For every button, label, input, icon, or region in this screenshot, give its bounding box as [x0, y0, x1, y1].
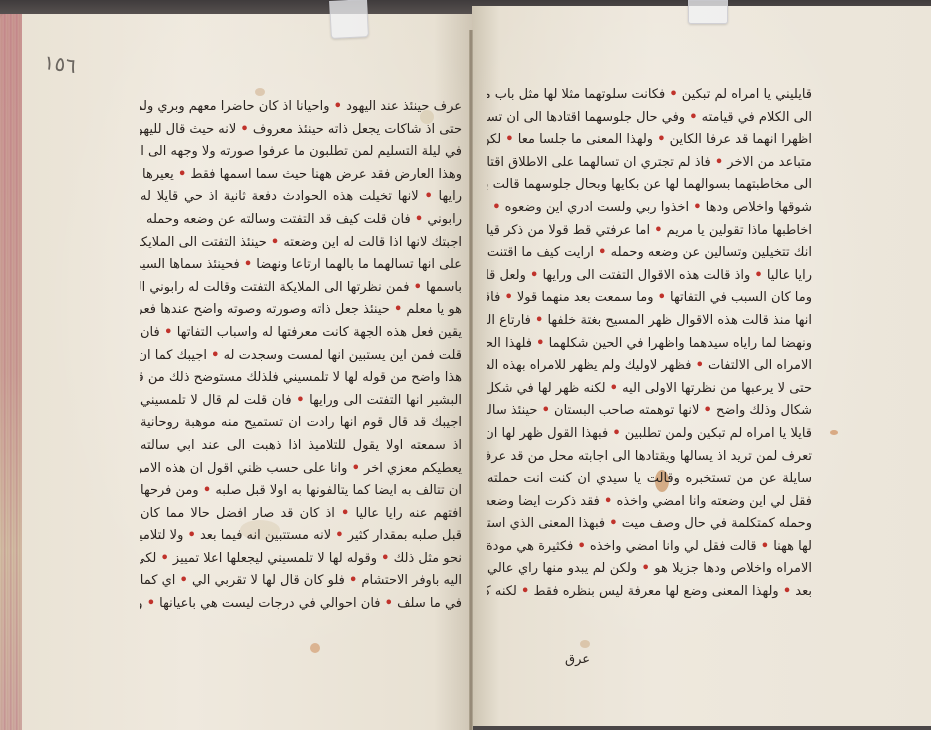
rubric-dot: • — [754, 268, 762, 283]
text-line: اذ سمعته اولا يقول للتلاميذ اذا ذهبت الى… — [140, 435, 462, 458]
rubric-dot: • — [658, 290, 666, 305]
rubric-dot: • — [612, 426, 620, 441]
text-line: اليه باوفر الاحتشام • فلو كان قال لها لا… — [140, 570, 462, 593]
text-line: حتى اذ شاكات يجعل ذاته حينئذ معروف • لان… — [140, 119, 462, 142]
text-line: فقل لي اين وضعته وانا امضي واخذه • فقد ذ… — [487, 491, 812, 514]
rubric-dot: • — [657, 132, 665, 147]
rubric-dot: • — [504, 290, 512, 305]
rubric-dot: • — [178, 167, 186, 182]
text-line: الى الكلام في قيامته • وفي حال جلوسهما ا… — [487, 107, 812, 130]
text-line: رابوني • فان قلت كيف قد التفتت وسالته عن… — [140, 209, 462, 232]
tape-strip-left — [329, 0, 369, 39]
rubric-dot: • — [240, 122, 248, 137]
text-line: في ليلة التسليم لمن تطلبون ما عرفوا صورت… — [140, 141, 462, 164]
rubric-dot: • — [604, 494, 612, 509]
right-page-text: قايليني يا امراه لم تبكين • فكانت سلوتهم… — [487, 84, 812, 604]
text-line: شكال وذلك واضح • لانها توهمته صاحب البست… — [487, 400, 812, 423]
text-line: قلت فمن اين يستبين انها لمست وسجدت له • … — [140, 345, 462, 368]
text-line: قبل صلبه بمقدار كثير • لانه مستتبين انه … — [140, 525, 462, 548]
rubric-dot: • — [335, 528, 343, 543]
foxing-stain — [580, 640, 590, 648]
rubric-dot: • — [147, 596, 155, 611]
text-line: اخاطبها ماذا تقولين يا مريم • اما عرفتي … — [487, 220, 812, 243]
text-line: عرف حينئذ عند اليهود • واحيانا اذ كان حا… — [140, 96, 462, 119]
rubric-dot: • — [424, 189, 432, 204]
foxing-stain — [255, 88, 265, 96]
rubric-dot: • — [203, 483, 211, 498]
text-line: لها ههنا • قالت فقل لي وانا امضي واخذه •… — [487, 536, 812, 559]
rubric-dot: • — [140, 212, 142, 227]
text-line: وما كان السبب في التفاتها • وما سمعت بعد… — [487, 287, 812, 310]
foxing-stain — [830, 430, 838, 435]
rubric-dot: • — [696, 358, 704, 373]
rubric-dot: • — [492, 200, 500, 215]
folio-number: ١٥٦ — [42, 50, 77, 78]
rubric-dot: • — [598, 245, 606, 260]
rubric-dot: • — [334, 99, 342, 114]
rubric-dot: • — [761, 539, 769, 554]
text-line: انك تتخيلين وتسالين عن وضعه وحمله • اراي… — [487, 242, 812, 265]
rubric-dot: • — [164, 325, 172, 340]
rubric-dot: • — [352, 461, 360, 476]
rubric-dot: • — [160, 551, 168, 566]
rubric-dot: • — [271, 235, 279, 250]
rubric-dot: • — [654, 223, 662, 238]
rubric-dot: • — [188, 528, 196, 543]
text-line: اظهرا انهما قد عرفا الكاين • ولهذا المعن… — [487, 129, 812, 152]
text-line: ان تتالف به ايضا كما يتالفونها به اولا ق… — [140, 480, 462, 503]
stained-page-edges — [0, 14, 22, 730]
text-line: رايا عاليا • واذ قالت هذه الاقوال التفتت… — [487, 265, 812, 288]
text-line: وهذا العارض فقد عرض ههنا حيث سما اسمها ف… — [140, 164, 462, 187]
text-line: بعد • ولهذا المعنى وضع لها معرفة ليس بنظ… — [487, 581, 812, 604]
text-line: تعرف لمن تريد اذ يسالها ويقتادها الى اجا… — [487, 446, 812, 469]
rubric-dot: • — [535, 313, 543, 328]
rubric-dot: • — [385, 596, 393, 611]
text-line: اجيبك قد قال قوم انها رادت ان تستميح منه… — [140, 412, 462, 435]
text-line: قايلا يا امراه لم تبكين ولمن تطلبين • فب… — [487, 423, 812, 446]
rubric-dot: • — [577, 539, 585, 554]
text-line: الى مخاطبتهما بسوالهما لها عن بكايها وبح… — [487, 174, 812, 197]
rubric-dot: • — [610, 381, 618, 396]
text-line: حتى لا يرعبها من نظرتها الاولى اليه • لك… — [487, 378, 812, 401]
text-line: اجبتك لانها اذا قالت له اين وضعته • حينئ… — [140, 232, 462, 255]
text-line: افتهم عنه رايا عاليا • اذ كان قد صار افض… — [140, 503, 462, 526]
rubric-dot: • — [415, 212, 423, 227]
rubric-dot: • — [609, 516, 617, 531]
text-line: قايليني يا امراه لم تبكين • فكانت سلوتهم… — [487, 84, 812, 107]
rubric-dot: • — [669, 87, 677, 102]
text-line: رايها • لانها تخيلت هذه الحوادث دفعة ثان… — [140, 186, 462, 209]
rubric-dot: • — [715, 155, 723, 170]
rubric-dot: • — [211, 348, 219, 363]
text-line: نحو مثل ذلك • وقوله لها لا تلمسيني ليجعل… — [140, 548, 462, 571]
rubric-dot: • — [542, 403, 550, 418]
text-line: انها منذ قالت هذه الاقوال ظهر المسيح بغت… — [487, 310, 812, 333]
rubric-dot: • — [414, 280, 422, 295]
text-line: على انها تسالهما ما بالهما ارتاعا ونهضا … — [140, 254, 462, 277]
rubric-dot: • — [693, 200, 701, 215]
rubric-dot: • — [296, 393, 304, 408]
rubric-dot: • — [783, 584, 791, 599]
rubric-dot: • — [536, 336, 544, 351]
text-line: هذا واضح من قوله لها لا تلمسيني فلذلك مس… — [140, 367, 462, 390]
text-line: يقين فعل هذه الجهة كانت معرفتها له واسبا… — [140, 322, 462, 345]
text-line: شوقها واخلاص ودها • اخذوا ربي ولست ادري … — [487, 197, 812, 220]
text-line: سايلة عن من تستخبره وقالت يا سيدي ان كنت… — [487, 468, 812, 491]
book-gutter — [469, 30, 473, 730]
tape-strip-right — [688, 0, 728, 24]
rubric-dot: • — [704, 403, 712, 418]
left-page-text: عرف حينئذ عند اليهود • واحيانا اذ كان حا… — [140, 96, 462, 616]
text-line: هو يا معلم • حينئذ جعل ذاته وصورته وصوته… — [140, 299, 462, 322]
rubric-dot: • — [505, 132, 513, 147]
catchword: عرق — [565, 652, 590, 667]
text-line: باسمها • فمن نظرتها الى الملايكة التفتت … — [140, 277, 462, 300]
text-line: يعطيكم معزي اخر • وانا على حسب ظني اقول … — [140, 458, 462, 481]
rubric-dot: • — [180, 573, 188, 588]
rubric-dot: • — [394, 302, 402, 317]
rubric-dot: • — [521, 584, 529, 599]
text-line: البشير انها التفتت الى ورايها • فان قلت … — [140, 390, 462, 413]
rubric-dot: • — [642, 561, 650, 576]
rubric-dot: • — [341, 506, 349, 521]
text-line: في ما سلف • فان احوالي في درجات ليست هي … — [140, 593, 462, 616]
rubric-dot: • — [530, 268, 538, 283]
rubric-dot: • — [381, 551, 389, 566]
text-line: الامراه الى الالتفات • فظهر لاوليك ولم ي… — [487, 355, 812, 378]
text-line: الامراه واخلاص ودها جزيلا هو • ولكن لم ي… — [487, 558, 812, 581]
text-line: ونهضا لما راياه سيدهما واظهرا في الحين ش… — [487, 333, 812, 356]
foxing-stain — [310, 643, 320, 653]
manuscript-photo: ١٥٦ عرف حينئذ عند اليهود • واحيانا اذ كا… — [0, 0, 931, 730]
text-line: وحمله كمتكلمة في حال وصف ميت • فبهذا الم… — [487, 513, 812, 536]
rubric-dot: • — [244, 257, 252, 272]
rubric-dot: • — [349, 573, 357, 588]
text-line: متباعد من الاخر • فاذ لم تجتري ان تسالهم… — [487, 152, 812, 175]
rubric-dot: • — [689, 110, 697, 125]
